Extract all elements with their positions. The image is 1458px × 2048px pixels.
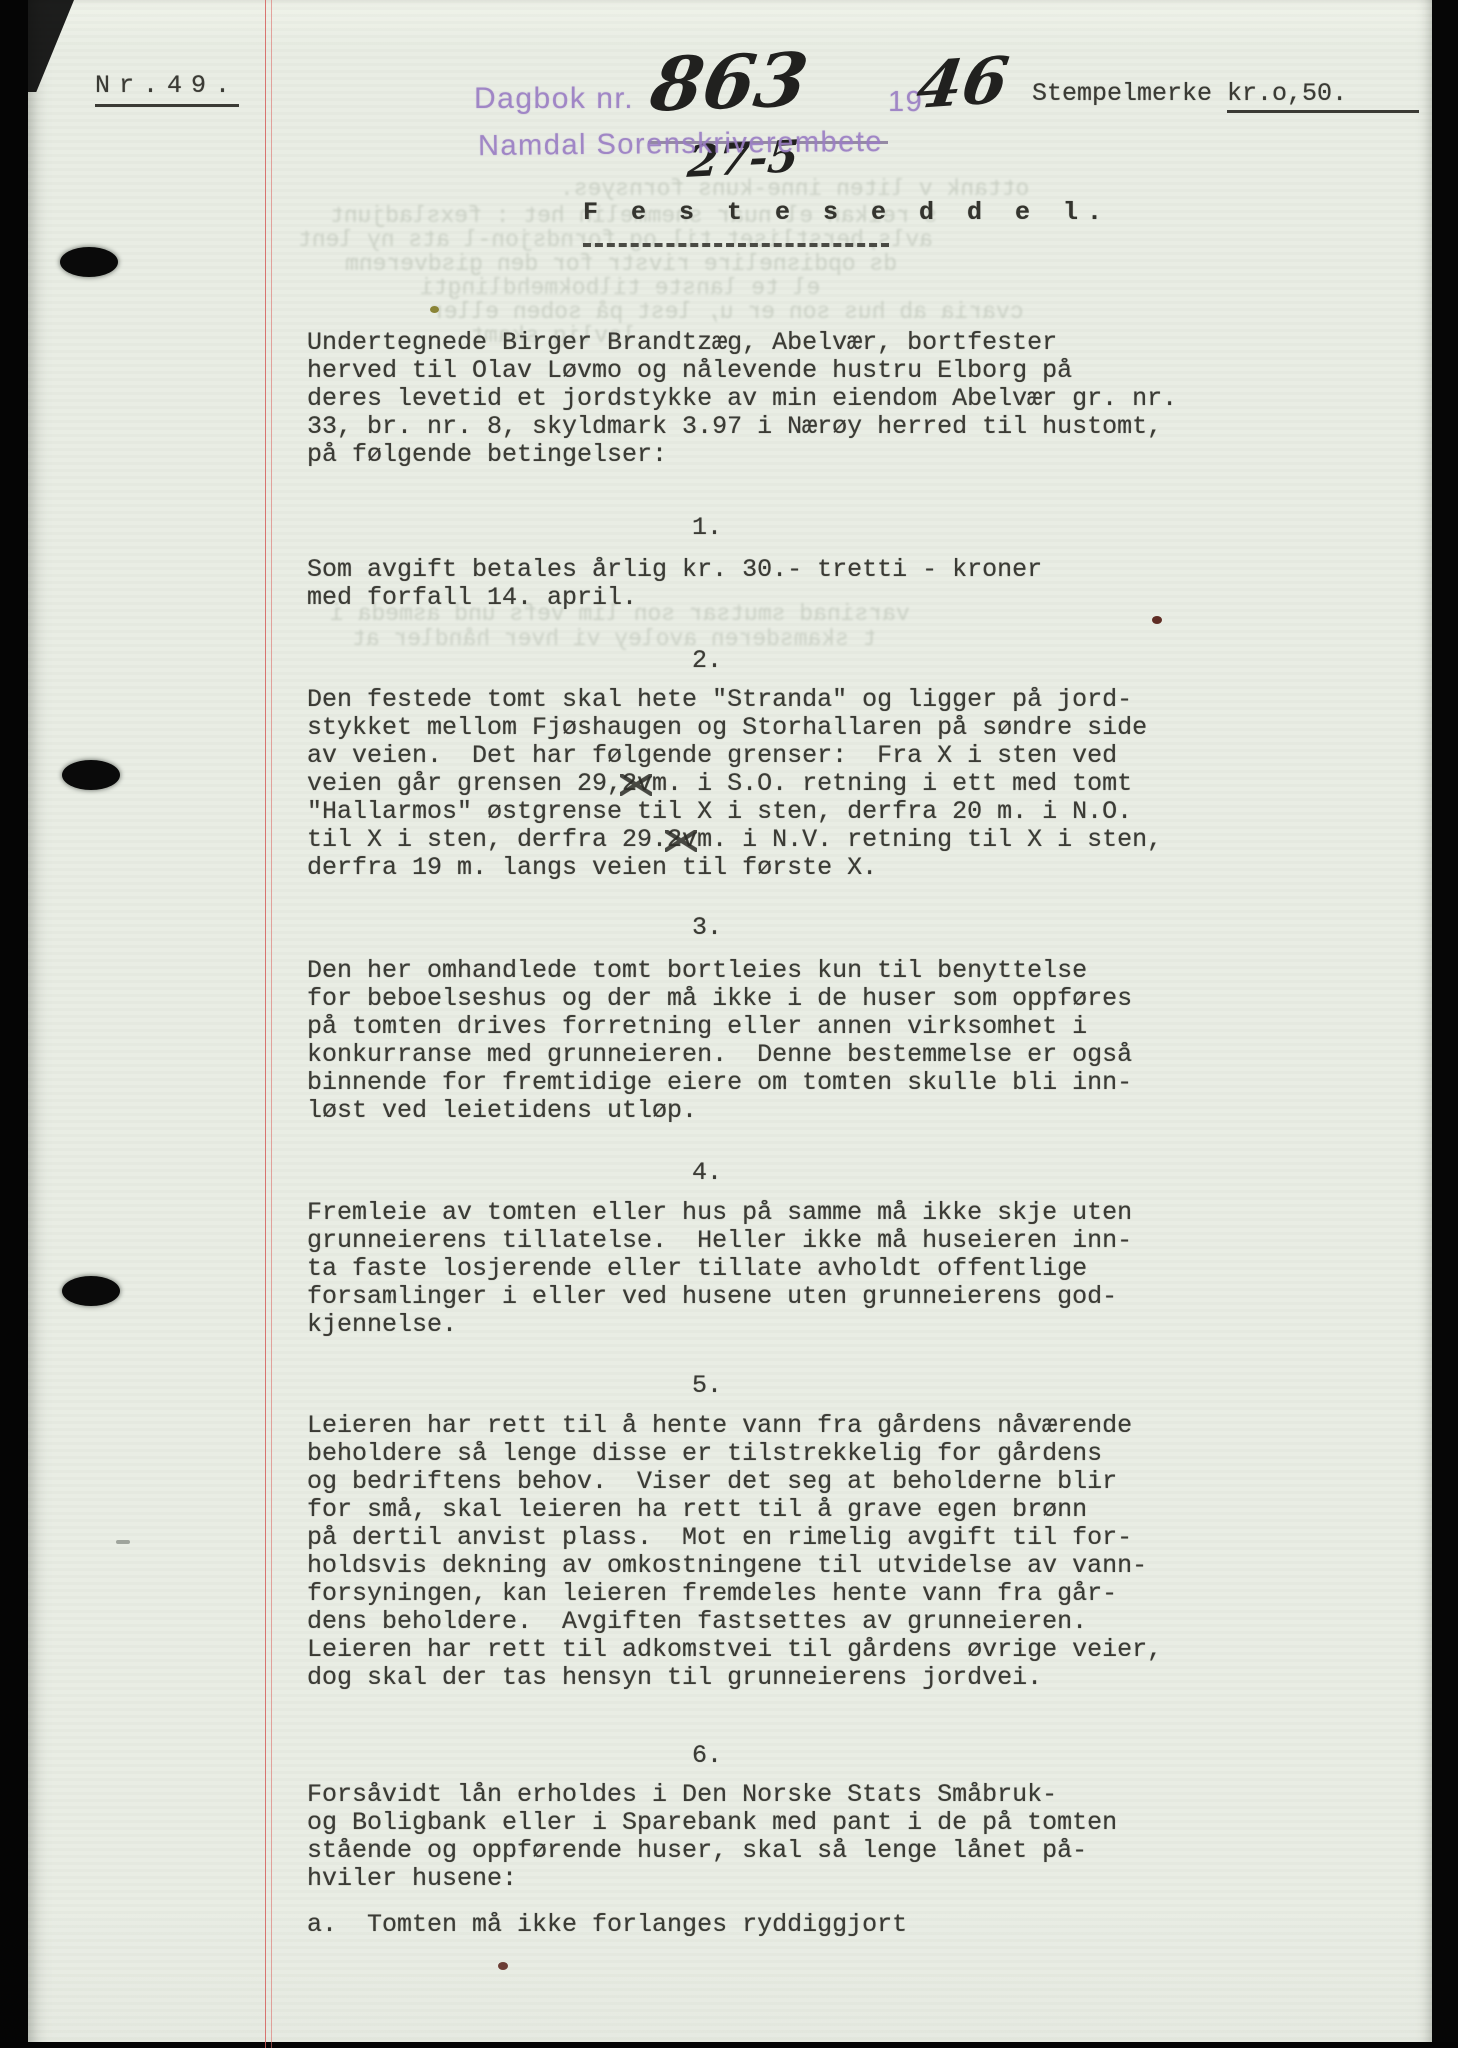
overstrike-correction-mark	[620, 774, 652, 796]
dagbok-stamp-label: Dagbok nr.	[474, 82, 634, 116]
section-2-number: 2.	[307, 647, 1107, 675]
section-5-number: 5.	[307, 1372, 1107, 1400]
office-rubber-stamp: Namdal Sorenskriverembete	[478, 126, 883, 163]
section-3-body: Den her omhandlede tomt bortleies kun ti…	[307, 957, 1132, 1125]
paper-speck	[116, 1540, 130, 1544]
section-1-body: Som avgift betales årlig kr. 30.- tretti…	[307, 556, 1042, 612]
bleedthrough-text: avls,berstliset til og forndsjon-l ats n…	[298, 227, 933, 253]
clause-item-a: a. Tomten må ikke forlanges ryddiggjort	[307, 1911, 907, 1939]
overstrike-correction-mark	[665, 830, 697, 852]
section-6-body: Forsåvidt lån erholdes i Den Norske Stat…	[307, 1781, 1117, 1893]
year-handwritten: 46	[912, 43, 1013, 124]
section-5-body: Leieren har rett til å hente vann fra gå…	[307, 1412, 1162, 1692]
bleedthrough-text: cvaria ab hus son er u, lest på soben el…	[430, 299, 1024, 325]
scan-edge-left	[0, 0, 28, 2048]
scan-edge-right	[1432, 0, 1458, 2048]
punch-hole	[60, 247, 118, 277]
scanned-document-page: ottank v liten inne-kuns fornsyes. s rei…	[0, 0, 1458, 2048]
paper-speck	[1152, 616, 1162, 624]
stamp-fee: Stempelmerke kr.o,50.	[1032, 80, 1419, 108]
scan-edge-bottom	[0, 2042, 1458, 2048]
dagbok-number-handwritten: 863	[645, 37, 812, 128]
journal-number: Nr.49.	[95, 72, 239, 100]
bleedthrough-text: ds opdisnelire rivstr for den gisdverenm	[345, 251, 897, 277]
paper-speck	[430, 306, 439, 313]
section-2-body: Den festede tomt skal hete "Stranda" og …	[307, 686, 1162, 882]
document-title: F e s t e s e d d e l.	[583, 199, 1111, 227]
section-4-body: Fremleie av tomten eller hus på samme må…	[307, 1199, 1132, 1339]
title-underline	[583, 243, 889, 247]
section-1-number: 1.	[307, 514, 1107, 542]
section-3-number: 3.	[307, 914, 1107, 942]
punch-hole	[62, 1276, 120, 1306]
paper-speck	[498, 1962, 508, 1970]
stamp-fee-label: Stempelmerke	[1032, 79, 1227, 108]
section-4-number: 4.	[307, 1159, 1107, 1187]
bleedthrough-text: el te lanste tilbokmehdlingti	[420, 275, 820, 301]
intro-paragraph: Undertegnede Birger Brandtzæg, Abelvær, …	[307, 329, 1177, 469]
red-margin-rule	[265, 0, 272, 2048]
punch-hole	[62, 760, 120, 790]
journal-number-label: Nr.49.	[95, 71, 239, 107]
stamp-fee-value: kr.o,50.	[1227, 79, 1419, 113]
section-6-number: 6.	[307, 1742, 1107, 1770]
